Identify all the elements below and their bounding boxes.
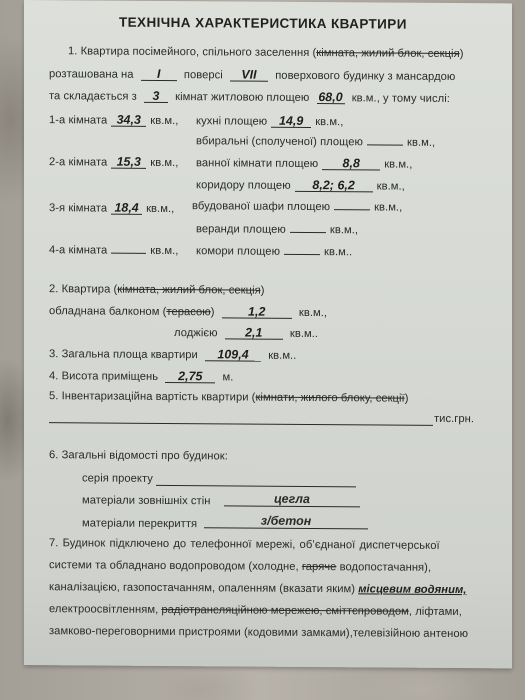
floor-row: розташована на I поверсі VII поверхового… <box>49 67 455 83</box>
kitchen-row: кухні площею14,9кв.м., <box>196 114 343 128</box>
loggia-row: лоджією 2,1 кв.м.. <box>174 326 318 340</box>
section1-heading: 1. Квартира посімейного, спільного засел… <box>68 45 463 60</box>
veranda-unit: кв.м., <box>330 224 358 236</box>
wardrobe-label: вбудованої шафи площею <box>192 200 330 213</box>
toilet-area-field[interactable] <box>367 144 403 145</box>
room-2-row: 2-а кімната15,3кв.м., <box>49 155 178 169</box>
section6-heading: 6. Загальні відомості про будинок: <box>49 449 228 462</box>
section1-text: 1. Квартира посімейного, спільного засел… <box>68 45 316 59</box>
room-1-row: 1-а кімната34,3кв.м., <box>49 113 178 127</box>
section7-line-3: каналізацією, газопостачанням, опаленням… <box>49 581 466 596</box>
section7-line-1: 7. Будинок підключено до телефонної мере… <box>49 537 440 552</box>
corridor-label: коридору площею <box>196 179 291 192</box>
wardrobe-row: вбудованої шафи площеюкв.м., <box>192 200 402 213</box>
section2-heading: 2. Квартира (кімната, жилий блок, секція… <box>49 283 265 297</box>
section7-line-5: замково-переговорними пристроями (кодови… <box>49 625 468 640</box>
toilet-unit: кв.м., <box>407 137 435 149</box>
room-2-label: 2-а кімната <box>49 156 107 168</box>
balcony-unit: кв.м., <box>299 307 327 319</box>
balcony-area-field[interactable]: 1,2 <box>222 305 292 318</box>
wardrobe-area-field[interactable] <box>334 209 370 210</box>
terrace-struck-text: терасою <box>166 306 210 318</box>
room-1-area-field[interactable]: 34,3 <box>111 114 146 127</box>
hot-water-struck-text: гаряче <box>302 561 337 573</box>
room-4-row: 4-а кімнатакв.м., <box>49 244 178 257</box>
room-3-unit: кв.м., <box>146 203 174 215</box>
living-area-field[interactable]: 68,0 <box>317 91 345 104</box>
kitchen-unit: кв.м., <box>315 116 343 128</box>
ceiling-field[interactable]: з/бетон <box>204 514 368 529</box>
loggia-label: лоджією <box>174 327 218 339</box>
floor-suffix: поверсі <box>184 69 223 81</box>
section2-close: ) <box>261 285 265 297</box>
section7-line-4-text: електроосвітленням, <box>49 603 161 616</box>
inventory-value-row: 5. Інвентаризаційна вартість квартири (к… <box>49 390 409 405</box>
loggia-unit: кв.м.. <box>290 328 318 340</box>
living-area-suffix: кв.м., у тому числі: <box>352 92 450 105</box>
room-4-label: 4-а кімната <box>49 244 107 256</box>
corridor-area-field[interactable]: 8,2; 6,2 <box>295 179 373 193</box>
total-area-field[interactable]: 109,4 <box>205 348 261 361</box>
veranda-row: веранди площеюкв.м., <box>196 223 358 236</box>
total-area-row: 3. Загальна площа квартири 109,4 кв.м.. <box>49 347 296 362</box>
floor-label: розташована на <box>49 68 134 81</box>
inventory-struck-text: кімнати, жилого блоку, секції <box>255 392 404 405</box>
building-floors-suffix: поверхового будинку з мансардою <box>275 70 455 83</box>
height-field[interactable]: 2,75 <box>165 370 215 383</box>
walls-field[interactable]: цегла <box>224 492 360 507</box>
section7-line-4: електроосвітленням, радіотрансляційною м… <box>49 603 462 618</box>
section2-text: 2. Квартира ( <box>49 283 117 295</box>
section1-close: ) <box>460 48 464 60</box>
room-3-row: 3-я кімната18,4кв.м., <box>49 201 174 215</box>
storage-area-field[interactable] <box>284 254 320 255</box>
room-3-label: 3-я кімната <box>49 202 107 214</box>
height-unit: м. <box>222 371 233 383</box>
storage-label: комори площею <box>196 245 280 258</box>
inventory-close: ) <box>405 393 409 405</box>
section7-line-2-end: водопостачання), <box>336 561 431 574</box>
document-page: ТЕХНІЧНА ХАРАКТЕРИСТИКА КВАРТИРИ 1. Квар… <box>24 0 512 668</box>
storage-unit: кв.м.. <box>324 246 352 258</box>
rooms-label: та складається з <box>49 90 137 103</box>
series-label: серія проекту <box>82 472 153 484</box>
bathroom-row: ванної кімнати площею8,8кв.м., <box>196 156 412 171</box>
total-area-label: 3. Загальна площа квартири <box>49 348 198 361</box>
inventory-value-field[interactable] <box>49 422 433 426</box>
heating-type-field[interactable]: місцевим водяним, <box>358 583 466 596</box>
balcony-close: ) <box>211 306 215 318</box>
room-3-area-field[interactable]: 18,4 <box>111 202 142 215</box>
room-2-area-field[interactable]: 15,3 <box>111 156 146 169</box>
section7-line-2-text: системи та обладнано водопроводом (холод… <box>49 559 302 573</box>
bathroom-unit: кв.м., <box>384 159 412 171</box>
height-label: 4. Висота приміщень <box>49 370 158 383</box>
bathroom-area-field[interactable]: 8,8 <box>322 157 380 170</box>
loggia-area-field[interactable]: 2,1 <box>225 326 283 339</box>
floor-field[interactable]: I <box>141 68 177 81</box>
corridor-row: коридору площею8,2; 6,2кв.м., <box>196 178 405 192</box>
total-area-unit: кв.м.. <box>268 350 296 362</box>
kitchen-label: кухні площею <box>196 115 267 127</box>
inventory-value-label: 5. Інвентаризаційна вартість квартири ( <box>49 390 255 403</box>
bathroom-label: ванної кімнати площею <box>196 157 318 170</box>
building-floors-field[interactable]: VII <box>230 68 268 81</box>
section7-line-2: системи та обладнано водопроводом (холод… <box>49 559 431 574</box>
veranda-area-field[interactable] <box>290 232 326 233</box>
kitchen-area-field[interactable]: 14,9 <box>271 115 311 128</box>
balcony-label: обладнана балконом ( <box>49 305 166 318</box>
section7-line-4-end: , ліфтами, <box>409 606 462 618</box>
height-row: 4. Висота приміщень 2,75 м. <box>49 369 233 383</box>
veranda-label: веранди площею <box>196 223 286 236</box>
radio-garbage-struck-text: радіотрансляційною мережею, сміттєпровод… <box>161 604 409 618</box>
rooms-count-field[interactable]: 3 <box>144 90 168 103</box>
storage-row: комори площеюкв.м.. <box>196 245 352 258</box>
room-4-unit: кв.м., <box>150 245 178 257</box>
living-area-label: кімнат житловою площею <box>175 91 309 104</box>
room-2-unit: кв.м., <box>150 157 178 169</box>
toilet-row: вбиральні (сполученої) площеюкв.м., <box>196 135 435 149</box>
walls-label: матеріали зовнішніх стін <box>82 494 210 507</box>
room-1-unit: кв.м., <box>150 115 178 127</box>
heating-label: каналізацією, газопостачанням, опаленням… <box>49 581 358 595</box>
document-title: ТЕХНІЧНА ХАРАКТЕРИСТИКА КВАРТИРИ <box>119 15 407 32</box>
balcony-row: обладнана балконом (терасою) 1,2 кв.м., <box>49 304 327 319</box>
series-field[interactable] <box>156 485 356 487</box>
inventory-value-unit: тис.грн. <box>434 413 474 425</box>
wardrobe-unit: кв.м., <box>374 201 402 213</box>
section2-struck-text: кімната, жилий блок, секція <box>117 284 260 297</box>
section1-struck-text: кімната, жилий блок, секція <box>316 47 459 60</box>
toilet-label: вбиральні (сполученої) площею <box>196 135 363 148</box>
ceiling-label: матеріали перекриття <box>82 517 197 530</box>
rooms-row: та складається з 3 кімнат житловою площе… <box>49 89 450 105</box>
room-1-label: 1-а кімната <box>49 114 107 126</box>
corridor-unit: кв.м., <box>377 180 405 192</box>
room-4-area-field[interactable] <box>111 253 146 254</box>
